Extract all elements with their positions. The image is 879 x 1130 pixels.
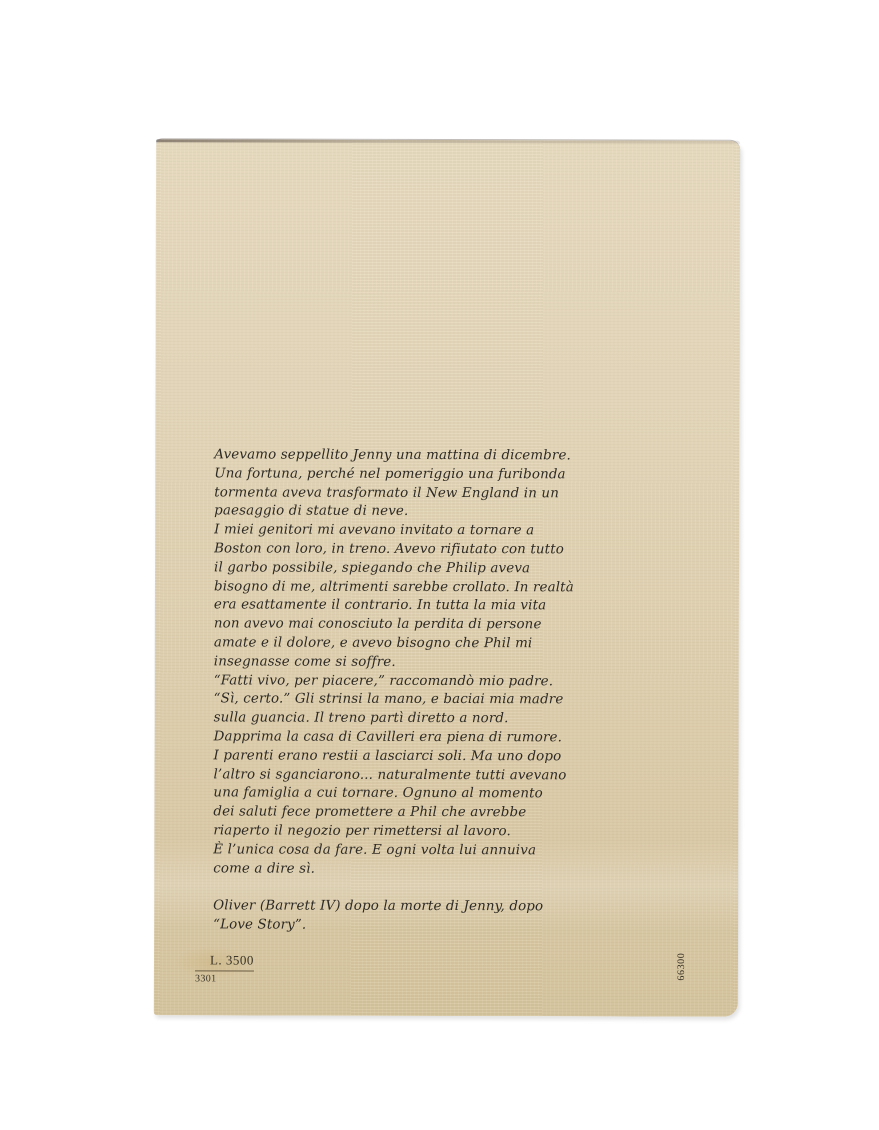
blurb-line: bisogno di me, altrimenti sarebbe crolla…	[214, 578, 614, 598]
paragraph-gap	[213, 879, 613, 899]
blurb-line: una famiglia a cui tornare. Ognuno al mo…	[213, 785, 613, 805]
blurb-line: non avevo mai conosciuto la perdita di p…	[214, 616, 614, 636]
blurb-line: “Sì, certo.” Gli strinsi la mano, e baci…	[214, 691, 614, 711]
blurb-line: Dapprima la casa di Cavilleri era piena …	[214, 728, 614, 748]
blurb-line: paesaggio di statue di neve.	[214, 503, 614, 523]
blurb-line: “Fatti vivo, per piacere,” raccomandò mi…	[214, 672, 614, 692]
blurb-line: È l’unica cosa da fare. E ogni volta lui…	[213, 841, 613, 861]
blurb-line: riaperto il negozio per rimettersi al la…	[213, 822, 613, 842]
blurb-line: tormenta aveva trasformato il New Englan…	[214, 484, 614, 504]
blurb-line: il garbo possibile, spiegando che Philip…	[214, 559, 614, 579]
blurb-line: insegnasse come si soffre.	[214, 653, 614, 673]
blurb-line: dei saluti fece promettere a Phil che av…	[213, 804, 613, 824]
blurb-line: Avevamo seppellito Jenny una mattina di …	[214, 446, 614, 466]
blurb-line: come a dire sì.	[213, 860, 613, 880]
price-underline	[195, 970, 254, 971]
blurb-line: amate e il dolore, e avevo bisogno che P…	[214, 634, 614, 654]
catalog-code-left: 3301	[195, 973, 217, 984]
tagline-line: “Love Story”.	[213, 916, 613, 936]
blurb-line: Una fortuna, perché nel pomeriggio una f…	[214, 465, 614, 485]
price-label: L. 3500	[210, 952, 254, 968]
book-back-cover: Avevamo seppellito Jenny una mattina di …	[154, 139, 740, 1017]
blurb-line: I miei genitori mi avevano invitato a to…	[214, 522, 614, 542]
blurb-line: sulla guancia. Il treno partì diretto a …	[214, 710, 614, 730]
tagline-line: Oliver (Barrett IV) dopo la morte di Jen…	[213, 898, 613, 918]
blurb-line: Boston con loro, in treno. Avevo rifiuta…	[214, 540, 614, 560]
catalog-code-right: 66300	[676, 953, 687, 981]
blurb-line: era esattamente il contrario. In tutta l…	[214, 597, 614, 617]
blurb-line: l’altro si sganciarono... naturalmente t…	[213, 766, 613, 786]
blurb-text: Avevamo seppellito Jenny una mattina di …	[213, 446, 614, 936]
blurb-line: I parenti erano restii a lasciarci soli.…	[214, 747, 614, 767]
